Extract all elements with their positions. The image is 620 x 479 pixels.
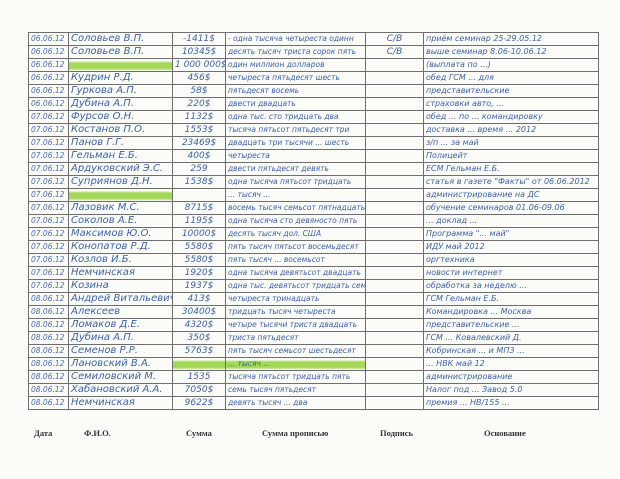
basis-cell: администрирование [424, 371, 599, 384]
basis-cell: Программа "... май" [424, 228, 599, 241]
basis-cell: оргтехника [424, 254, 599, 267]
basis-cell: премия ... НВ/155 ... [424, 397, 599, 410]
date-cell: 07.06.12 [29, 202, 69, 215]
amount-words-cell: четыреста пятьдесят шесть [226, 72, 366, 85]
signature-cell [366, 319, 424, 332]
name-cell: Андрей Витальевич [69, 293, 173, 306]
amount-words-cell: тысяча пятьсот тридцать пять [226, 371, 366, 384]
ledger-row: 08.06.12Лановский В.А.... тысяч ...... Н… [29, 358, 599, 371]
basis-cell: ГСМ Гельман Е.Б. [424, 293, 599, 306]
amount-words-cell: тысяча пятьсот пятьдесят три [226, 124, 366, 137]
basis-cell: обработка за неделю ... [424, 280, 599, 293]
amount-cell: 5580$ [173, 241, 226, 254]
amount-words-cell: десять тысяч триста сорок пять [226, 46, 366, 59]
ledger-row: 06.06.12Дубина А.П.220$двести двадцатьст… [29, 98, 599, 111]
basis-cell: приём семинар 25-29.05.12 [424, 33, 599, 46]
name-cell: Хабановский А.А. [69, 384, 173, 397]
name-cell: Семиловский М. [69, 371, 173, 384]
amount-cell [173, 358, 226, 371]
date-cell: 08.06.12 [29, 371, 69, 384]
name-cell: Соколов А.Е. [69, 215, 173, 228]
name-cell: Алексеев [69, 306, 173, 319]
name-cell: Дубина А.П. [69, 332, 173, 345]
amount-words-cell: четыреста [226, 150, 366, 163]
amount-cell: 1920$ [173, 267, 226, 280]
ledger-row: 07.06.12Панов Г.Г.23469$двадцать три тыс… [29, 137, 599, 150]
signature-cell [366, 215, 424, 228]
date-cell: 07.06.12 [29, 241, 69, 254]
amount-words-cell: один миллион долларов [226, 59, 366, 72]
basis-cell: новости интернет [424, 267, 599, 280]
amount-cell: 400$ [173, 150, 226, 163]
amount-cell: 1937$ [173, 280, 226, 293]
basis-cell: доставка ... время ... 2012 [424, 124, 599, 137]
date-cell: 07.06.12 [29, 280, 69, 293]
signature-cell [366, 111, 424, 124]
ledger-row: 07.06.12... тысяч ...администрирование н… [29, 189, 599, 202]
ledger-row: 06.06.12Соловьев В.П.-1411$- одна тысяча… [29, 33, 599, 46]
basis-cell: ИДУ май 2012 [424, 241, 599, 254]
ledger-row: 07.06.12Козина1937$одна тыс. девятьсот т… [29, 280, 599, 293]
amount-words-cell: двести пятьдесят девять [226, 163, 366, 176]
amount-words-cell: пять тысяч пятьсот восемьдесят [226, 241, 366, 254]
amount-cell: 9622$ [173, 397, 226, 410]
amount-cell: 259 [173, 163, 226, 176]
name-cell [69, 59, 173, 72]
amount-words-cell: двадцать три тысячи ... шесть [226, 137, 366, 150]
ledger-row: 07.06.12Немчинская1920$одна тысяча девят… [29, 267, 599, 280]
name-cell: Дубина А.П. [69, 98, 173, 111]
date-cell: 07.06.12 [29, 111, 69, 124]
amount-cell: 7050$ [173, 384, 226, 397]
date-cell: 07.06.12 [29, 215, 69, 228]
ledger-row: 08.06.12Хабановский А.А.7050$семь тысяч … [29, 384, 599, 397]
ledger-row: 06.06.121 000 000$один миллион долларов(… [29, 59, 599, 72]
name-cell: Гуркова А.П. [69, 85, 173, 98]
signature-cell [366, 306, 424, 319]
ledger-row: 07.06.12Лазовик М.С.8715$восемь тысяч се… [29, 202, 599, 215]
name-cell: Гельман Е.Б. [69, 150, 173, 163]
header-amount-words: Сумма прописью [262, 428, 328, 438]
signature-cell [366, 202, 424, 215]
date-cell: 07.06.12 [29, 254, 69, 267]
ledger-body: 06.06.12Соловьев В.П.-1411$- одна тысяча… [29, 33, 599, 410]
amount-cell: 456$ [173, 72, 226, 85]
signature-cell [366, 189, 424, 202]
date-cell: 07.06.12 [29, 163, 69, 176]
basis-cell: выше семинар 8.06-10.06.12 [424, 46, 599, 59]
amount-cell: 5763$ [173, 345, 226, 358]
amount-cell: 1535 [173, 371, 226, 384]
date-cell: 06.06.12 [29, 85, 69, 98]
signature-cell [366, 124, 424, 137]
basis-cell: Кобринская ... и МПЗ ... [424, 345, 599, 358]
date-cell: 08.06.12 [29, 306, 69, 319]
ledger-table: 06.06.12Соловьев В.П.-1411$- одна тысяча… [28, 32, 599, 410]
amount-cell: 350$ [173, 332, 226, 345]
ledger-row: 06.06.12Гуркова А.П.58$пятьдесят восемьп… [29, 85, 599, 98]
amount-cell: 1195$ [173, 215, 226, 228]
ledger-row: 07.06.12Максимов Ю.О.10000$десять тысяч … [29, 228, 599, 241]
signature-cell [366, 267, 424, 280]
ledger-row: 08.06.12Андрей Витальевич413$четыреста т… [29, 293, 599, 306]
name-cell: Немчинская [69, 267, 173, 280]
ledger-row: 07.06.12Козлов И.Б.5580$пять тысяч ... в… [29, 254, 599, 267]
ledger-row: 07.06.12Суприянов Д.Н.1538$одна тысяча п… [29, 176, 599, 189]
amount-cell: 220$ [173, 98, 226, 111]
amount-cell: 4320$ [173, 319, 226, 332]
basis-cell: Налог под ... Завод 5.0 [424, 384, 599, 397]
ledger-row: 08.06.12Немчинская9622$девять тысяч ... … [29, 397, 599, 410]
amount-cell [173, 189, 226, 202]
amount-words-cell: тридцать тысяч четыреста [226, 306, 366, 319]
ledger-row: 08.06.12Семиловский М.1535тысяча пятьсот… [29, 371, 599, 384]
name-cell: Козлов И.Б. [69, 254, 173, 267]
date-cell: 06.06.12 [29, 33, 69, 46]
ledger-row: 06.06.12Кудрин Р.Д.456$четыреста пятьдес… [29, 72, 599, 85]
amount-words-cell: четыреста тринадцать [226, 293, 366, 306]
signature-cell [366, 332, 424, 345]
column-headers: Дата Ф.И.О. Сумма Сумма прописью Подпись… [28, 428, 598, 442]
amount-words-cell: одна тыс. девятьсот тридцать семь [226, 280, 366, 293]
date-cell: 07.06.12 [29, 137, 69, 150]
basis-cell: администрирование на ДС [424, 189, 599, 202]
signature-cell: С/В [366, 46, 424, 59]
date-cell: 08.06.12 [29, 384, 69, 397]
ledger-row: 07.06.12Костанов П.О.1553$тысяча пятьсот… [29, 124, 599, 137]
amount-cell: 8715$ [173, 202, 226, 215]
ledger-row: 07.06.12Фурсов О.Н.1132$одна тыс. сто тр… [29, 111, 599, 124]
date-cell: 07.06.12 [29, 189, 69, 202]
amount-words-cell: ... тысяч ... [226, 189, 366, 202]
signature-cell [366, 150, 424, 163]
amount-cell: 23469$ [173, 137, 226, 150]
amount-cell: 1538$ [173, 176, 226, 189]
signature-cell [366, 176, 424, 189]
signature-cell [366, 254, 424, 267]
header-date: Дата [34, 428, 52, 438]
name-cell: Немчинская [69, 397, 173, 410]
amount-cell: 1 000 000$ [173, 59, 226, 72]
name-cell: Суприянов Д.Н. [69, 176, 173, 189]
header-name: Ф.И.О. [84, 428, 111, 438]
basis-cell: ... доклад ... [424, 215, 599, 228]
name-cell: Ардуковский Э.С. [69, 163, 173, 176]
amount-words-cell: восемь тысяч семьсот пятнадцать [226, 202, 366, 215]
amount-words-cell: триста пятьдесят [226, 332, 366, 345]
amount-words-cell: десять тысяч дол. США [226, 228, 366, 241]
name-cell: Соловьев В.П. [69, 33, 173, 46]
amount-words-cell: одна тыс. сто тридцать два [226, 111, 366, 124]
date-cell: 08.06.12 [29, 345, 69, 358]
ledger-row: 07.06.12Соколов А.Е.1195$одна тысяча сто… [29, 215, 599, 228]
scanned-ledger-page: 06.06.12Соловьев В.П.-1411$- одна тысяча… [0, 0, 620, 479]
basis-cell: Командировка ... Москва [424, 306, 599, 319]
amount-cell: -1411$ [173, 33, 226, 46]
amount-words-cell: одна тысяча пятьсот тридцать [226, 176, 366, 189]
signature-cell [366, 59, 424, 72]
amount-words-cell: одна тысяча сто девяносто пять [226, 215, 366, 228]
ledger-row: 08.06.12Ломаков Д.Е.4320$четыре тысячи т… [29, 319, 599, 332]
basis-cell: представительские [424, 85, 599, 98]
date-cell: 06.06.12 [29, 59, 69, 72]
basis-cell: ГСМ ... Ковалевский Д. [424, 332, 599, 345]
amount-words-cell: пять тысяч ... восемьсот [226, 254, 366, 267]
basis-cell: представительские ... [424, 319, 599, 332]
name-cell: Ломаков Д.Е. [69, 319, 173, 332]
name-cell: Максимов Ю.О. [69, 228, 173, 241]
signature-cell [366, 85, 424, 98]
ledger-row: 06.06.12Соловьев В.П.10345$десять тысяч … [29, 46, 599, 59]
date-cell: 06.06.12 [29, 98, 69, 111]
basis-cell: з/п ... за май [424, 137, 599, 150]
amount-cell: 30400$ [173, 306, 226, 319]
amount-words-cell: одна тысяча девятьсот двадцать [226, 267, 366, 280]
signature-cell [366, 293, 424, 306]
amount-cell: 413$ [173, 293, 226, 306]
ledger-row: 08.06.12Дубина А.П.350$триста пятьдесятГ… [29, 332, 599, 345]
name-cell: Лазовик М.С. [69, 202, 173, 215]
ledger-row: 07.06.12Ардуковский Э.С.259двести пятьде… [29, 163, 599, 176]
signature-cell [366, 371, 424, 384]
name-cell: Фурсов О.Н. [69, 111, 173, 124]
amount-cell: 58$ [173, 85, 226, 98]
signature-cell: С/В [366, 33, 424, 46]
basis-cell: статья в газете "Факты" от 06.06.2012 [424, 176, 599, 189]
header-signature: Подпись [380, 428, 413, 438]
basis-cell: Полицейт [424, 150, 599, 163]
name-cell: Костанов П.О. [69, 124, 173, 137]
amount-cell: 1553$ [173, 124, 226, 137]
header-basis: Основание [484, 428, 526, 438]
basis-cell: обед ... по ... командировку [424, 111, 599, 124]
basis-cell: ... НВК май 12 [424, 358, 599, 371]
signature-cell [366, 98, 424, 111]
basis-cell: обучение семинаров 01.06-09.06 [424, 202, 599, 215]
name-cell [69, 189, 173, 202]
basis-cell: ЕСМ Гельман Е.Б. [424, 163, 599, 176]
date-cell: 08.06.12 [29, 293, 69, 306]
signature-cell [366, 137, 424, 150]
amount-words-cell: семь тысяч пятьдесят [226, 384, 366, 397]
name-cell: Козина [69, 280, 173, 293]
amount-words-cell: девять тысяч ... два [226, 397, 366, 410]
date-cell: 07.06.12 [29, 176, 69, 189]
signature-cell [366, 72, 424, 85]
ledger-row: 07.06.12Конопатов Р.Д.5580$пять тысяч пя… [29, 241, 599, 254]
ledger-row: 07.06.12Гельман Е.Б.400$четырестаПолицей… [29, 150, 599, 163]
signature-cell [366, 280, 424, 293]
amount-words-cell: - одна тысяча четыреста одинн [226, 33, 366, 46]
date-cell: 07.06.12 [29, 267, 69, 280]
basis-cell: страховки авто, ... [424, 98, 599, 111]
name-cell: Панов Г.Г. [69, 137, 173, 150]
date-cell: 07.06.12 [29, 228, 69, 241]
amount-words-cell: ... тысяч ... [226, 358, 366, 371]
signature-cell [366, 228, 424, 241]
date-cell: 08.06.12 [29, 397, 69, 410]
amount-cell: 10345$ [173, 46, 226, 59]
name-cell: Соловьев В.П. [69, 46, 173, 59]
name-cell: Кудрин Р.Д. [69, 72, 173, 85]
signature-cell [366, 358, 424, 371]
name-cell: Семенов Р.Р. [69, 345, 173, 358]
date-cell: 08.06.12 [29, 332, 69, 345]
name-cell: Конопатов Р.Д. [69, 241, 173, 254]
amount-cell: 1132$ [173, 111, 226, 124]
amount-words-cell: четыре тысячи триста двадцать [226, 319, 366, 332]
amount-words-cell: двести двадцать [226, 98, 366, 111]
signature-cell [366, 241, 424, 254]
amount-cell: 5580$ [173, 254, 226, 267]
name-cell: Лановский В.А. [69, 358, 173, 371]
ledger-row: 08.06.12Алексеев30400$тридцать тысяч чет… [29, 306, 599, 319]
date-cell: 07.06.12 [29, 124, 69, 137]
date-cell: 06.06.12 [29, 72, 69, 85]
header-amount: Сумма [186, 428, 212, 438]
signature-cell [366, 163, 424, 176]
date-cell: 08.06.12 [29, 358, 69, 371]
amount-words-cell: пять тысяч семьсот шестьдесят [226, 345, 366, 358]
amount-cell: 10000$ [173, 228, 226, 241]
basis-cell: обед ГСМ ... для [424, 72, 599, 85]
date-cell: 07.06.12 [29, 150, 69, 163]
date-cell: 08.06.12 [29, 319, 69, 332]
amount-words-cell: пятьдесят восемь [226, 85, 366, 98]
basis-cell: (выплата по ...) [424, 59, 599, 72]
signature-cell [366, 345, 424, 358]
signature-cell [366, 384, 424, 397]
signature-cell [366, 397, 424, 410]
date-cell: 06.06.12 [29, 46, 69, 59]
ledger-row: 08.06.12Семенов Р.Р.5763$пять тысяч семь… [29, 345, 599, 358]
